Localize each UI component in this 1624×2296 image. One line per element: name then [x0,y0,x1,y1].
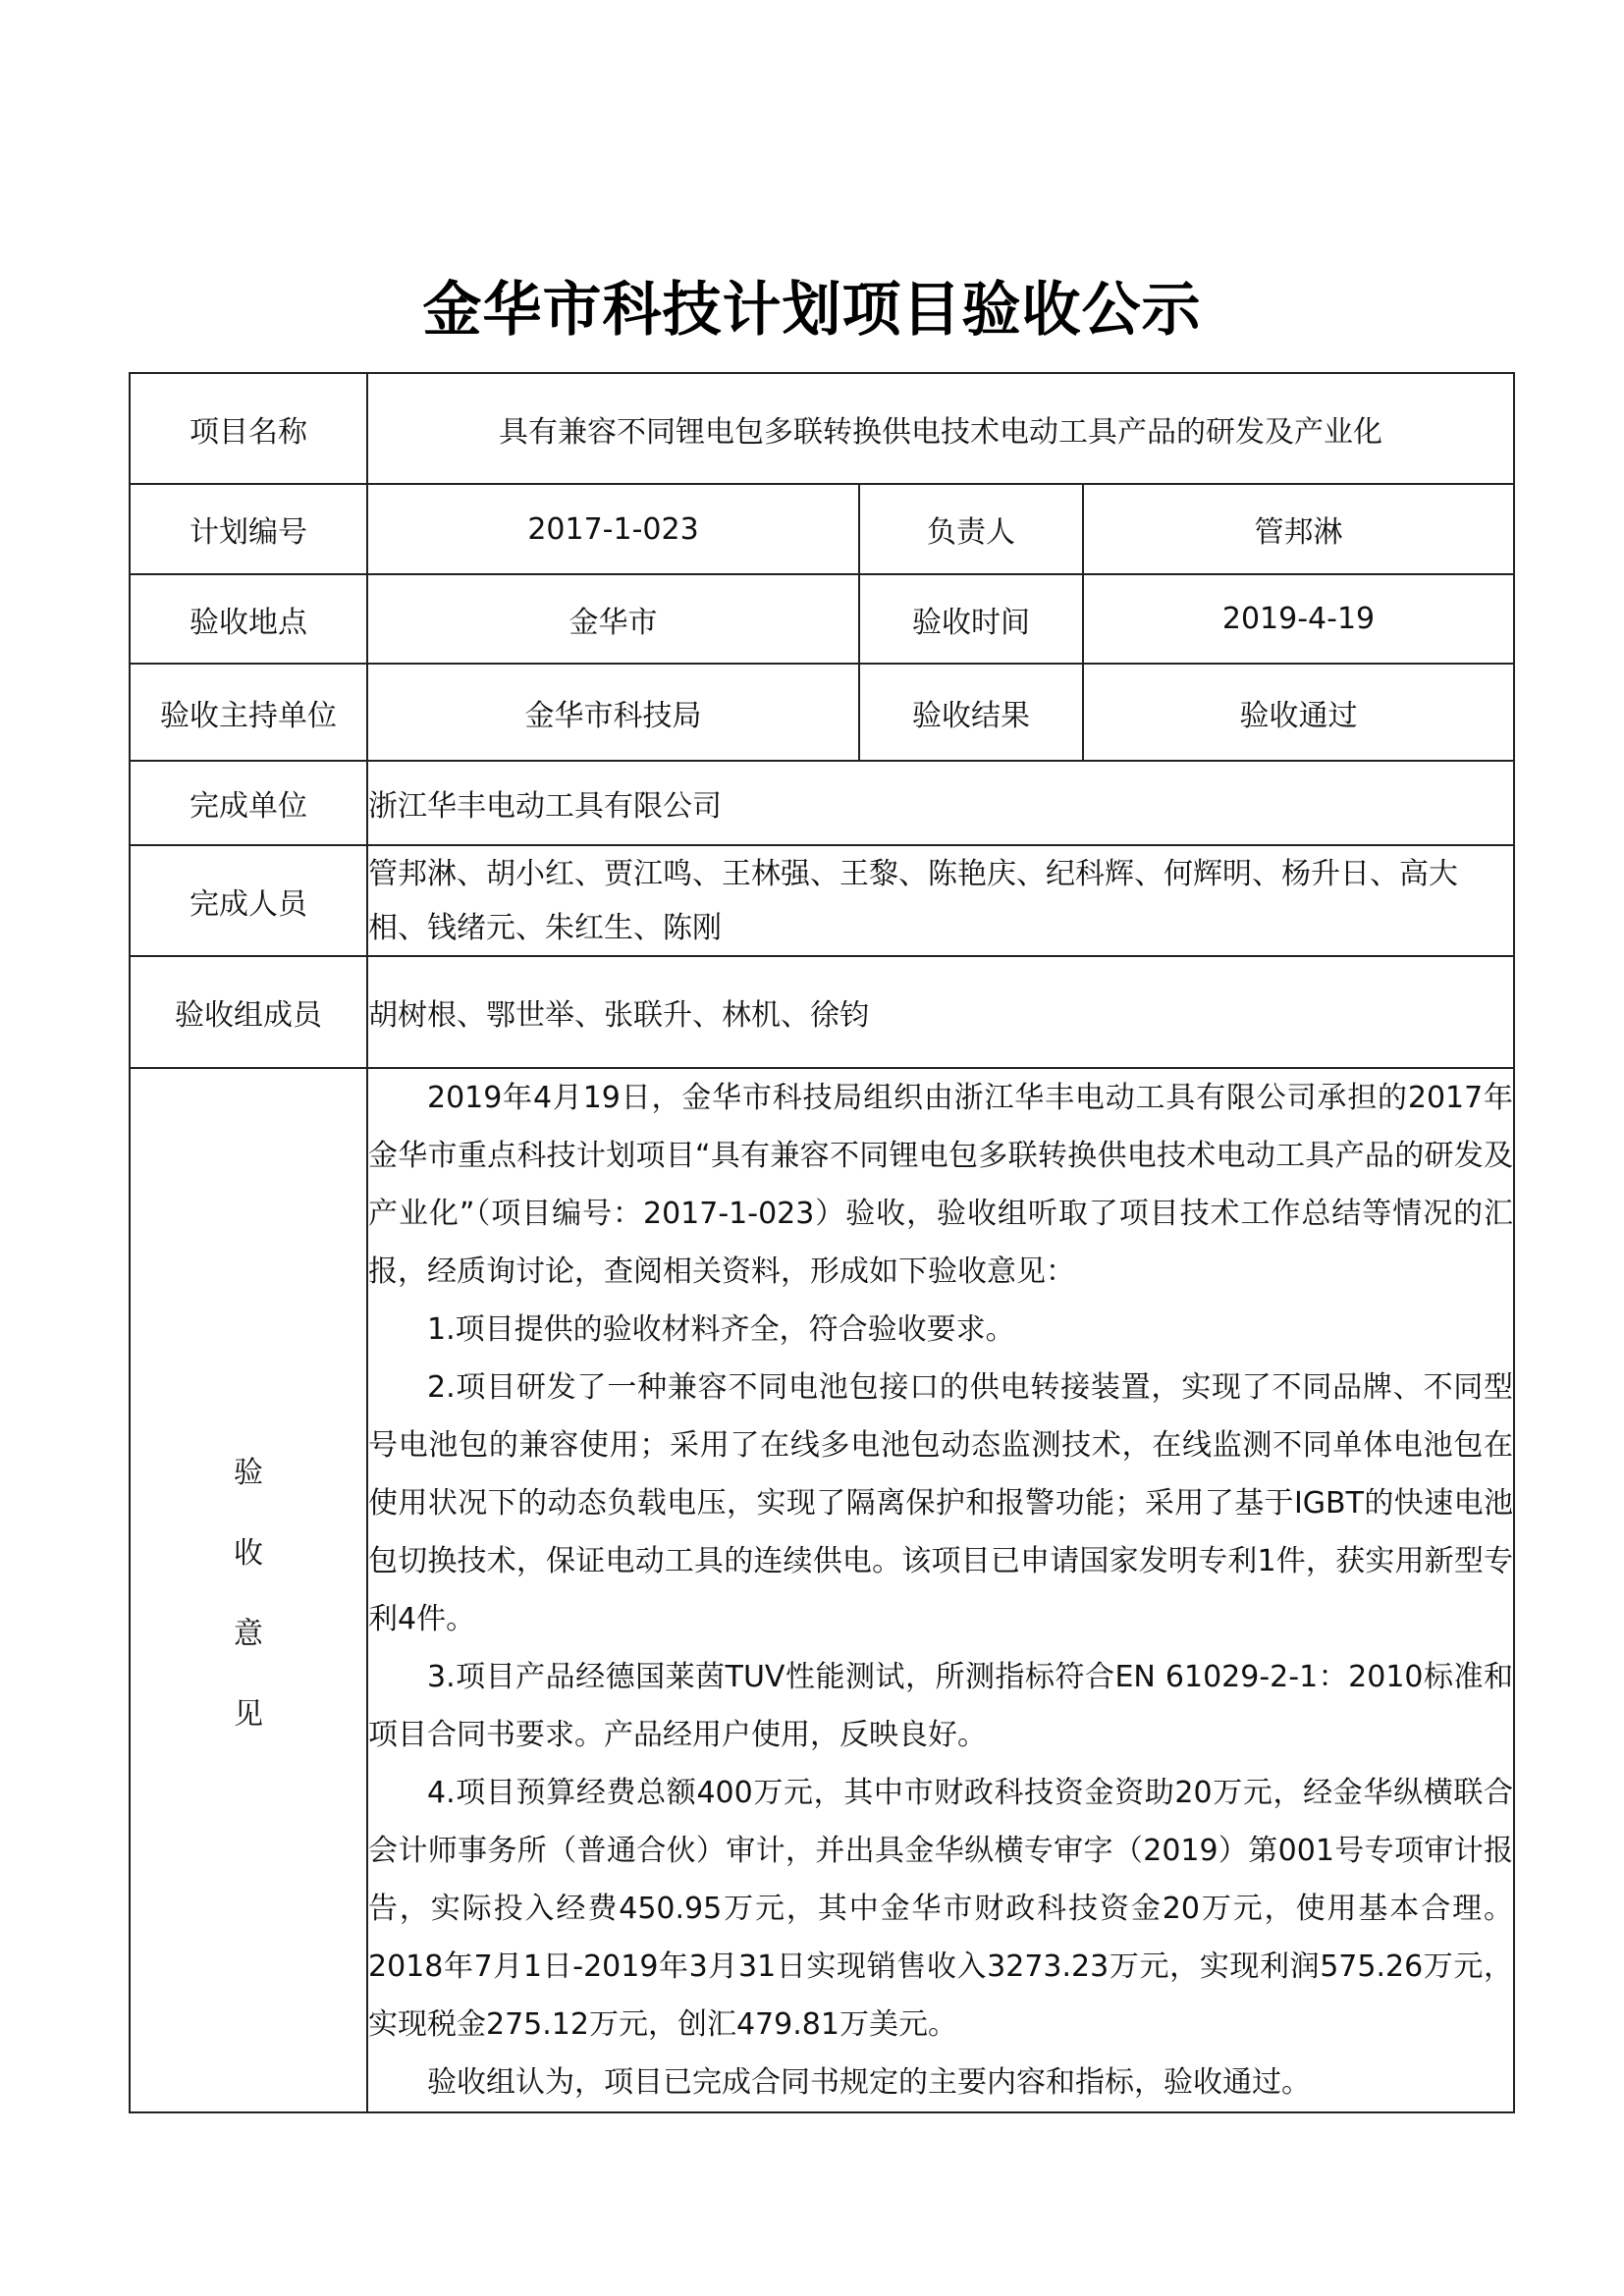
opinion-content: 2019年4月19日，金华市科技局组织由浙江华丰电动工具有限公司承担的2017年… [367,1068,1514,2112]
row-location: 验收地点 金华市 验收时间 2019-4-19 [130,574,1514,664]
row-plan-number: 计划编号 2017-1-023 负责人 管邦淋 [130,484,1514,574]
opinion-item-2: 2.项目研发了一种兼容不同电池包接口的供电转接装置，实现了不同品牌、不同型号电池… [368,1359,1513,1648]
page-title: 金华市科技计划项目验收公示 [0,263,1624,347]
opinion-item-3: 3.项目产品经德国莱茵TUV性能测试，所测指标符合EN 61029-2-1：20… [368,1648,1513,1764]
opinion-label-char: 意 [131,1609,366,1652]
opinion-label: 验 收 意 见 [130,1068,367,2112]
opinion-conclusion: 验收组认为，项目已完成合同书规定的主要内容和指标，验收通过。 [368,2054,1513,2111]
opinion-label-char: 验 [131,1448,366,1491]
opinion-item-4: 4.项目预算经费总额400万元，其中市财政科技资金资助20万元，经金华纵横联合会… [368,1764,1513,2054]
completing-people-value: 管邦淋、胡小红、贾江鸣、王林强、王黎、陈艳庆、纪科辉、何辉明、杨升日、高大相、钱… [367,845,1514,956]
completing-unit-label: 完成单位 [130,761,367,845]
result-value: 验收通过 [1083,664,1514,761]
row-host-unit: 验收主持单位 金华市科技局 验收结果 验收通过 [130,664,1514,761]
panel-members-value: 胡树根、鄂世举、张联升、林机、徐钧 [367,956,1514,1068]
acceptance-table: 项目名称 具有兼容不同锂电包多联转换供电技术电动工具产品的研发及产业化 计划编号… [129,372,1515,2113]
plan-number-label: 计划编号 [130,484,367,574]
opinion-label-char: 见 [131,1689,366,1733]
time-label: 验收时间 [859,574,1083,664]
host-unit-value: 金华市科技局 [367,664,859,761]
row-opinion: 验 收 意 见 2019年4月19日，金华市科技局组织由浙江华丰电动工具有限公司… [130,1068,1514,2112]
location-label: 验收地点 [130,574,367,664]
opinion-label-char: 收 [131,1528,366,1572]
row-project-name: 项目名称 具有兼容不同锂电包多联转换供电技术电动工具产品的研发及产业化 [130,373,1514,484]
project-name-label: 项目名称 [130,373,367,484]
host-unit-label: 验收主持单位 [130,664,367,761]
row-panel-members: 验收组成员 胡树根、鄂世举、张联升、林机、徐钧 [130,956,1514,1068]
location-value: 金华市 [367,574,859,664]
completing-people-label: 完成人员 [130,845,367,956]
project-name-value: 具有兼容不同锂电包多联转换供电技术电动工具产品的研发及产业化 [367,373,1514,484]
leader-value: 管邦淋 [1083,484,1514,574]
opinion-item-1: 1.项目提供的验收材料齐全，符合验收要求。 [368,1301,1513,1359]
time-value: 2019-4-19 [1083,574,1514,664]
row-completing-unit: 完成单位 浙江华丰电动工具有限公司 [130,761,1514,845]
row-completing-people: 完成人员 管邦淋、胡小红、贾江鸣、王林强、王黎、陈艳庆、纪科辉、何辉明、杨升日、… [130,845,1514,956]
leader-label: 负责人 [859,484,1083,574]
result-label: 验收结果 [859,664,1083,761]
panel-members-label: 验收组成员 [130,956,367,1068]
completing-unit-value: 浙江华丰电动工具有限公司 [367,761,1514,845]
opinion-intro-paragraph: 2019年4月19日，金华市科技局组织由浙江华丰电动工具有限公司承担的2017年… [368,1069,1513,1301]
plan-number-value: 2017-1-023 [367,484,859,574]
